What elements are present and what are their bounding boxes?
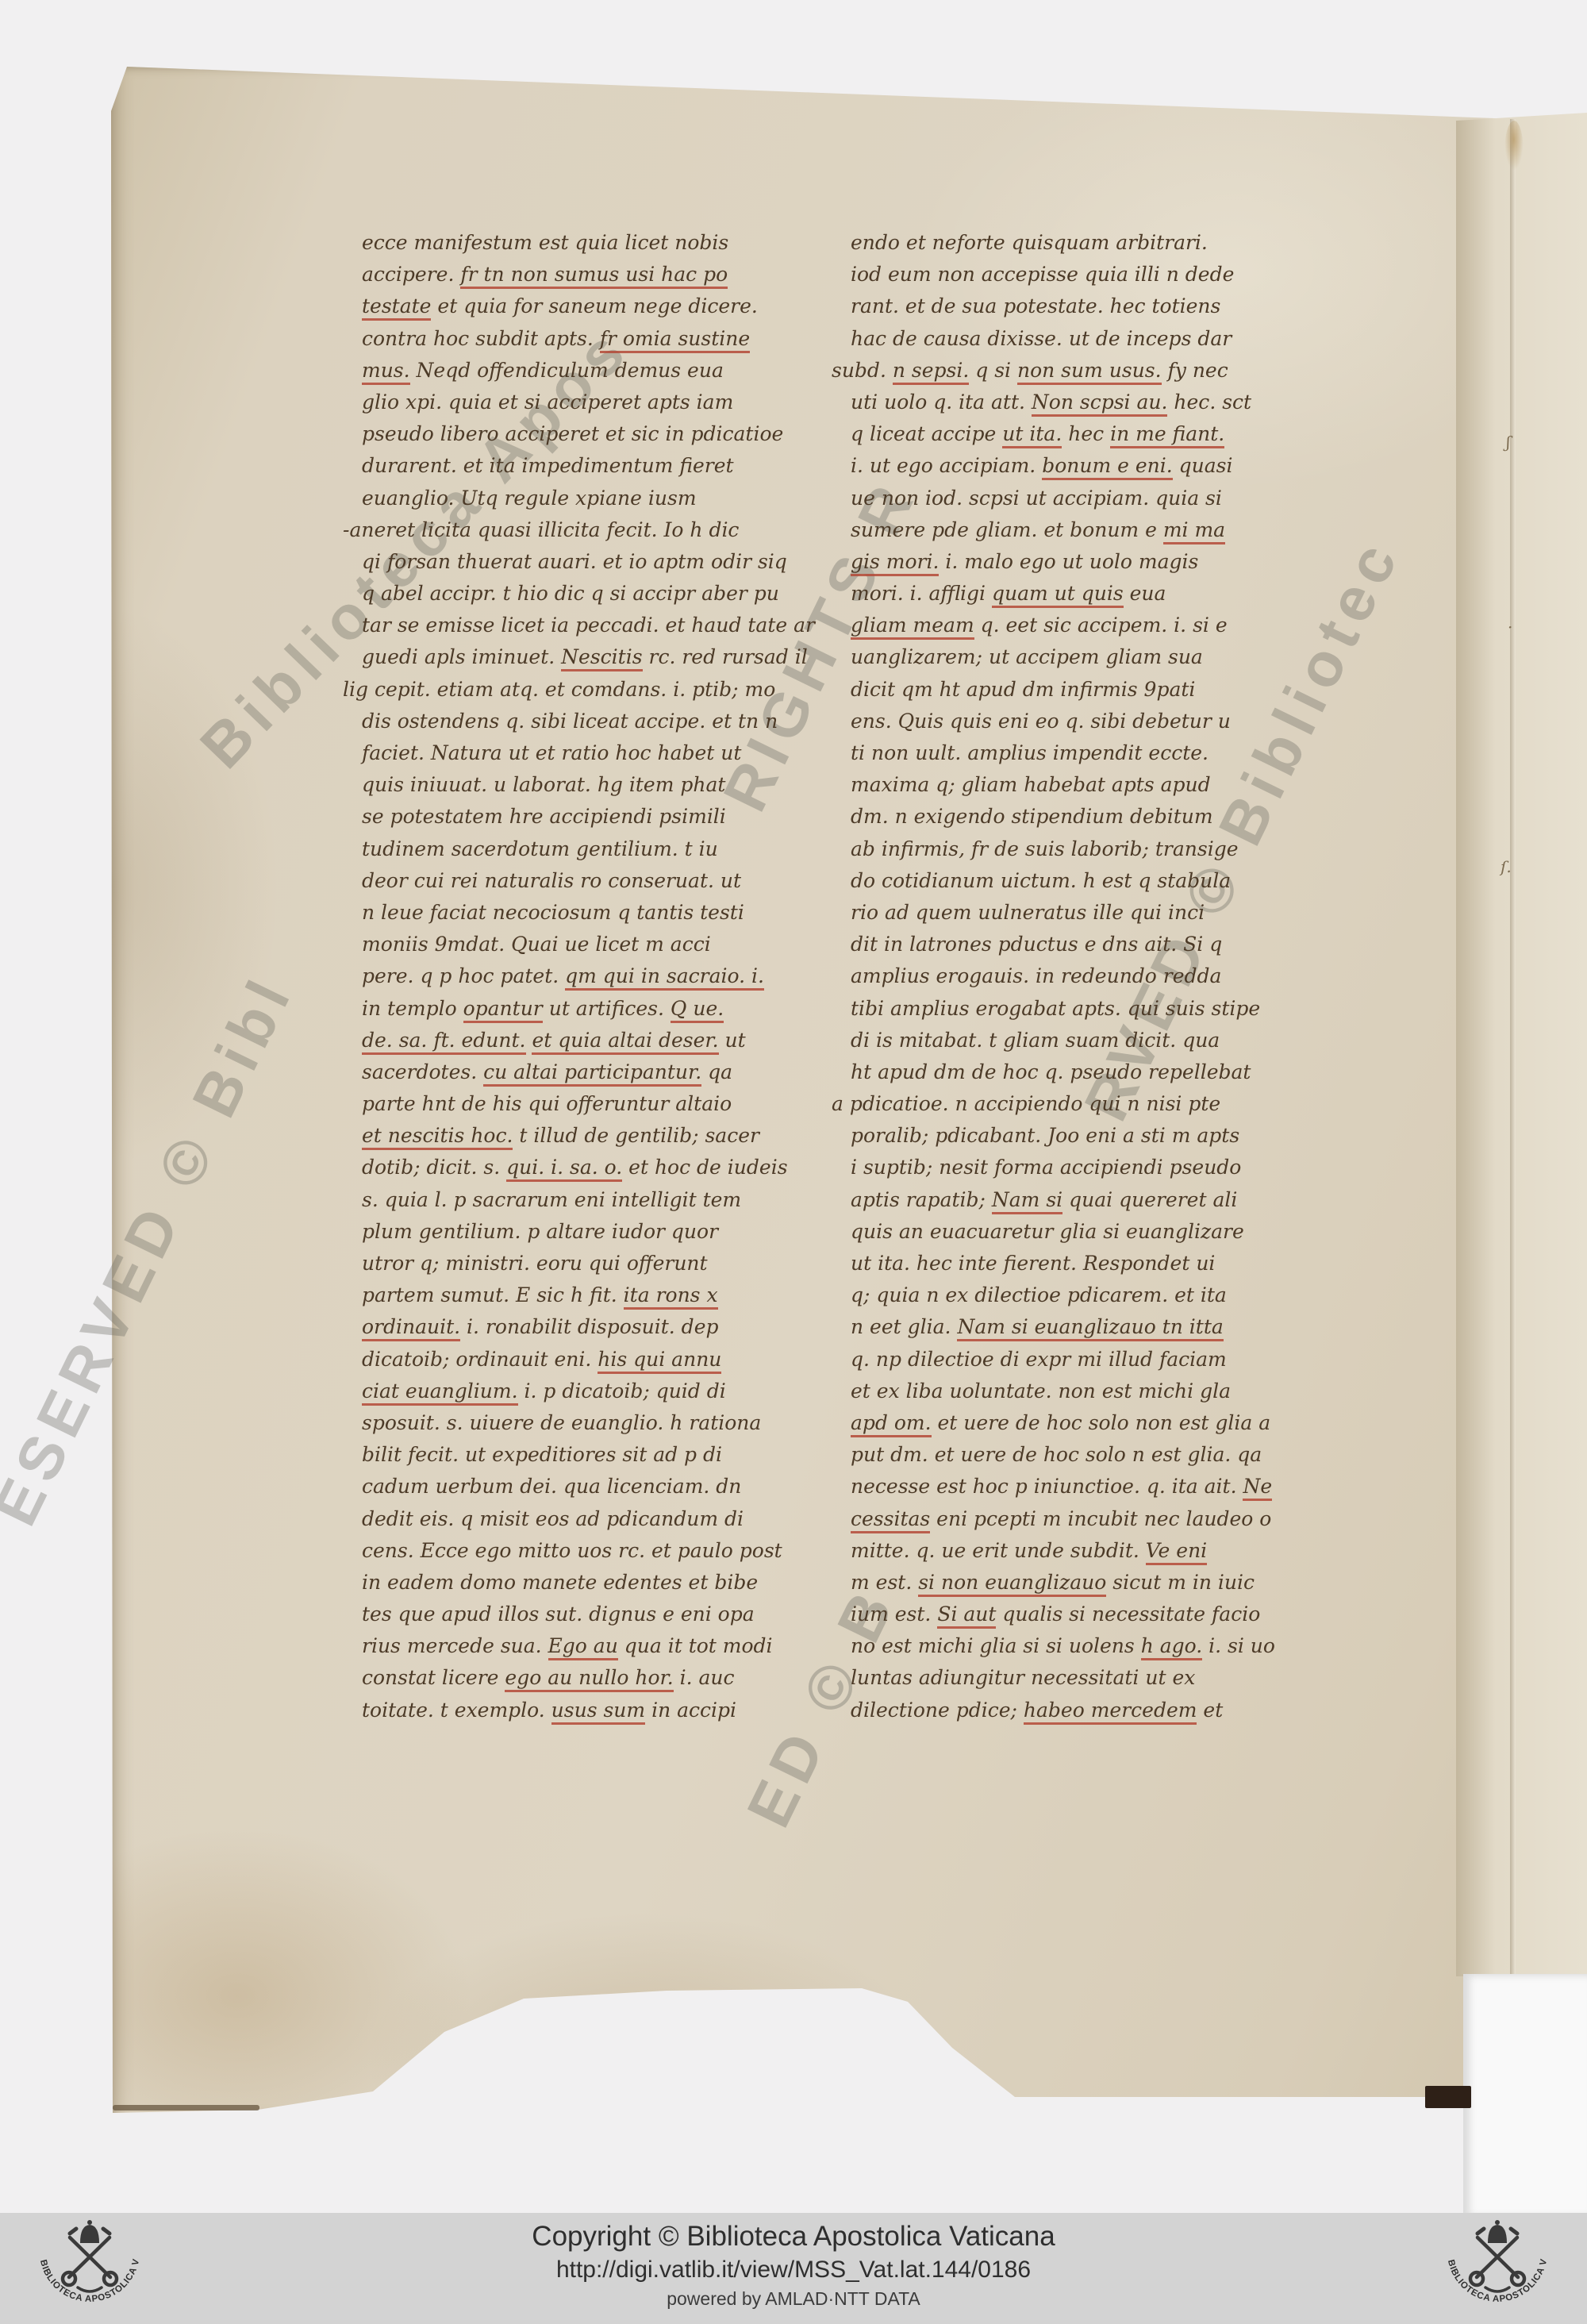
manuscript-text: et ex liba uoluntate. non est michi gla: [851, 1379, 1231, 1402]
manuscript-line: uti uolo q. ita att. Non scpsi au. hec. …: [851, 387, 1347, 418]
manuscript-text: ti non uult. amplius impendit eccte.: [851, 741, 1209, 764]
manuscript-text: ecce manifestum est quia licet nobis: [362, 231, 728, 254]
manuscript-text: sacerdotes.: [362, 1060, 483, 1083]
manuscript-text: i. malo ego ut uolo magis: [939, 550, 1198, 573]
manuscript-line: put dm. et uere de hoc solo n est glia. …: [851, 1439, 1347, 1471]
manuscript-line: q. np dilectioe di expr mi illud faciam: [851, 1344, 1347, 1376]
manuscript-text: mori. i. affligi: [851, 582, 992, 605]
marginal-mark: ·: [1508, 618, 1512, 637]
red-underlined-text: ita rons x: [624, 1283, 718, 1310]
manuscript-line: et nescitis hoc. t illud de gentilib; sa…: [362, 1120, 818, 1152]
manuscript-line: n eet glia. Nam si euanglizauo tn itta: [851, 1311, 1347, 1343]
manuscript-line: luntas adiungitur necessitati ut ex: [851, 1662, 1347, 1694]
manuscript-text: iod eum non accepisse quia illi n dede: [851, 263, 1234, 286]
manuscript-line: mus. Neqd offendiculum demus eua: [362, 355, 818, 387]
manuscript-line: dis ostendens q. sibi liceat accipe. et …: [362, 706, 818, 737]
page-edge-seam: [1510, 119, 1516, 2024]
manuscript-text: dotib; dicit. s.: [362, 1156, 506, 1179]
manuscript-line: di is mitabat. t gliam suam dicit. qua: [851, 1025, 1347, 1056]
manuscript-text: hec. sct: [1167, 391, 1251, 414]
manuscript-text: dm. n exigendo stipendium debitum: [851, 805, 1213, 828]
manuscript-text: rc. red rursad il: [643, 645, 808, 668]
manuscript-text: t illud de gentilib; sacer: [513, 1124, 759, 1147]
manuscript-text: rius mercede sua.: [362, 1634, 548, 1657]
manuscript-text: q liceat accipe: [851, 422, 1002, 445]
manuscript-line: sacerdotes. cu altai participantur. qa: [362, 1056, 818, 1088]
manuscript-line: euanglio. Utq regule xpiane iusm: [362, 483, 818, 514]
manuscript-text: -aneret licita quasi illicita fecit. Io …: [343, 518, 739, 541]
red-underlined-text: ciat euanglium.: [362, 1379, 518, 1406]
manuscript-line: n leue faciat necociosum q tantis testi: [362, 897, 818, 929]
manuscript-text: tes que apud illos sut. dignus e eni opa: [362, 1603, 755, 1626]
manuscript-text: ens. Quis quis eni eo q. sibi debetur u: [851, 710, 1231, 733]
manuscript-line: a pdicatioe. n accipiendo qui n nisi pte: [832, 1088, 1347, 1120]
manuscript-text: utror q; ministri. eoru qui offerunt: [362, 1252, 708, 1275]
manuscript-text: hac de causa dixisse. ut de inceps dar: [851, 327, 1232, 350]
manuscript-line: mori. i. affligi quam ut quis eua: [851, 578, 1347, 610]
red-underlined-text: ego au nullo hor.: [505, 1666, 673, 1692]
marginal-mark: ʃ: [1506, 433, 1510, 452]
manuscript-text: ium est.: [851, 1603, 937, 1626]
manuscript-line: qi forsan thuerat auari. et io aptm odir…: [362, 546, 818, 578]
manuscript-text: in accipi: [645, 1699, 736, 1722]
manuscript-text: subd.: [832, 359, 893, 382]
manuscript-text: contra hoc subdit apts.: [362, 327, 600, 350]
manuscript-text: et hoc de iudeis: [622, 1156, 787, 1179]
manuscript-text: quai quereret ali: [1062, 1188, 1237, 1211]
manuscript-text: euanglio. Utq regule xpiane iusm: [362, 487, 697, 510]
manuscript-text: dicatoib; ordinauit eni.: [362, 1348, 598, 1371]
manuscript-line: quis an euacuaretur glia si euanglizare: [851, 1216, 1347, 1248]
manuscript-text: sposuit. s. uiuere de euanglio. h ration…: [362, 1411, 761, 1434]
manuscript-line: hac de causa dixisse. ut de inceps dar: [851, 323, 1347, 355]
manuscript-text: bilit fecit. ut expeditiores sit ad p di: [362, 1443, 722, 1466]
manuscript-text: parte hnt de his qui offeruntur altaio: [362, 1092, 732, 1115]
manuscript-text: q si: [969, 359, 1017, 382]
manuscript-text: i. auc: [674, 1666, 735, 1689]
manuscript-text: dedit eis. q misit eos ad pdicandum di: [362, 1507, 744, 1530]
manuscript-line: cessitas eni pcepti m incubit nec laudeo…: [851, 1503, 1347, 1535]
manuscript-line: in eadem domo manete edentes et bibe: [362, 1567, 818, 1599]
manuscript-text: Neqd offendiculum demus eua: [410, 359, 724, 382]
red-underlined-text: mi ma: [1163, 518, 1225, 544]
manuscript-line: de. sa. ft. edunt. et quia altai deser. …: [362, 1025, 818, 1056]
manuscript-line: parte hnt de his qui offeruntur altaio: [362, 1088, 818, 1120]
manuscript-line: quis iniuuat. u laborat. hg item phat: [362, 769, 818, 801]
manuscript-line: pere. q p hoc patet. qm qui in sacraio. …: [362, 960, 818, 992]
red-underlined-text: Ego au: [548, 1634, 618, 1660]
manuscript-line: ut ita. hec inte fierent. Respondet ui: [851, 1248, 1347, 1279]
manuscript-text: m est.: [851, 1571, 918, 1594]
manuscript-line: cadum uerbum dei. qua licenciam. dn: [362, 1471, 818, 1503]
manuscript-text: pseudo libero acciperet et sic in pdicat…: [362, 422, 783, 445]
manuscript-text: uanglizarem; ut accipem gliam sua: [851, 645, 1203, 668]
manuscript-line: dit in latrones pductus e dns ait. Si q: [851, 929, 1347, 960]
manuscript-line: tar se emisse licet ia peccadi. et haud …: [362, 610, 818, 641]
manuscript-text: deor cui rei naturalis ro conseruat. ut: [362, 869, 741, 892]
manuscript-text: durarent. et ita impedimentum fieret: [362, 454, 734, 477]
manuscript-text: poralib; pdicabant. Joo eni a sti m apts: [851, 1124, 1239, 1147]
manuscript-text: et: [1197, 1699, 1223, 1722]
manuscript-text: i suptib; nesit forma accipiendi pseudo: [851, 1156, 1241, 1179]
manuscript-text: i. p dicatoib; quid di: [518, 1379, 726, 1402]
vatican-library-logo-left: BIBLIOTECA APOSTOLICA VATICANA: [30, 2214, 149, 2324]
manuscript-text: rio ad quem uulneratus ille qui inci: [851, 901, 1205, 924]
manuscript-text: mitte. q. ue erit unde subdit.: [851, 1539, 1146, 1562]
manuscript-line: m est. si non euanglizauo sicut m in iui…: [851, 1567, 1347, 1599]
marginal-mark: ſ.: [1501, 857, 1512, 876]
manuscript-line: moniis 9mdat. Quai ue licet m acci: [362, 929, 818, 960]
manuscript-text: et quia for saneum nege dicere.: [431, 294, 757, 317]
manuscript-line: apd om. et uere de hoc solo non est glia…: [851, 1407, 1347, 1439]
manuscript-line: rius mercede sua. Ego au qua it tot modi: [362, 1630, 818, 1662]
manuscript-line: ecce manifestum est quia licet nobis: [362, 227, 818, 259]
manuscript-line: sumere pde gliam. et bonum e mi ma: [851, 514, 1347, 546]
manuscript-line: i. ut ego accipiam. bonum e eni. quasi: [851, 450, 1347, 482]
footer-copyright: Copyright © Biblioteca Apostolica Vatica…: [0, 2219, 1587, 2254]
manuscript-text: qualis si necessitate facio: [996, 1603, 1260, 1626]
red-underlined-text: bonum e eni.: [1042, 454, 1173, 480]
vatican-emblem-icon: [1470, 2220, 1524, 2291]
manuscript-line: s. quia l. p sacrarum eni intelligit tem: [362, 1184, 818, 1216]
manuscript-text: quis an euacuaretur glia si euanglizare: [851, 1220, 1244, 1243]
manuscript-text: dit in latrones pductus e dns ait. Si q: [851, 933, 1222, 956]
manuscript-text: n leue faciat necociosum q tantis testi: [362, 901, 744, 924]
manuscript-line: uanglizarem; ut accipem gliam sua: [851, 641, 1347, 673]
red-underlined-text: si non euanglizauo: [918, 1571, 1106, 1597]
red-underlined-text: et quia altai deser.: [532, 1029, 718, 1055]
manuscript-text: sicut m in iuic: [1106, 1571, 1255, 1594]
manuscript-line: dm. n exigendo stipendium debitum: [851, 801, 1347, 833]
manuscript-text: lig cepit. etiam atq. et comdans. i. pti…: [343, 678, 775, 701]
red-underlined-text: cessitas: [851, 1507, 930, 1533]
manuscript-line: dedit eis. q misit eos ad pdicandum di: [362, 1503, 818, 1535]
red-underlined-text: qui. i. sa. o.: [506, 1156, 622, 1182]
manuscript-line: q; quia n ex dilectioe pdicarem. et ita: [851, 1279, 1347, 1311]
manuscript-line: cens. Ecce ego mitto uos rc. et paulo po…: [362, 1535, 818, 1567]
manuscript-text: cens. Ecce ego mitto uos rc. et paulo po…: [362, 1539, 782, 1562]
manuscript-text: necesse est hoc p iniunctioe. q. ita ait…: [851, 1475, 1243, 1498]
red-underlined-text: his qui annu: [598, 1348, 721, 1374]
manuscript-text: guedi apls iminuet.: [362, 645, 561, 668]
manuscript-line: pseudo libero acciperet et sic in pdicat…: [362, 418, 818, 450]
red-underlined-text: Ve eni: [1146, 1539, 1207, 1565]
manuscript-text: tar se emisse licet ia peccadi. et haud …: [362, 614, 815, 637]
manuscript-line: bilit fecit. ut expeditiores sit ad p di: [362, 1439, 818, 1471]
red-underlined-text: et nescitis hoc.: [362, 1124, 513, 1150]
red-underlined-text: testate: [362, 294, 431, 321]
manuscript-text: qi forsan thuerat auari. et io aptm odir…: [362, 550, 787, 573]
manuscript-line: glio xpi. quia et si acciperet apts iam: [362, 387, 818, 418]
manuscript-text: quasi: [1173, 454, 1233, 477]
manuscript-text: q. eet sic accipem. i. si e: [974, 614, 1228, 637]
manuscript-text: constat licere: [362, 1666, 505, 1689]
manuscript-text: ab infirmis, fr de suis laborib; transig…: [851, 837, 1239, 860]
manuscript-line: iod eum non accepisse quia illi n dede: [851, 259, 1347, 290]
manuscript-line: subd. n sepsi. q si non sum usus. fy nec: [832, 355, 1347, 387]
manuscript-line: toitate. t exemplo. usus sum in accipi: [362, 1695, 818, 1726]
manuscript-line: maxima q; gliam habebat apts apud: [851, 769, 1347, 801]
red-underlined-text: n sepsi.: [893, 359, 969, 385]
manuscript-text: do cotidianum uictum. h est q stabula: [851, 869, 1231, 892]
manuscript-line: plum gentilium. p altare iudor quor: [362, 1216, 818, 1248]
red-underlined-text: non sum usus.: [1017, 359, 1162, 385]
manuscript-line: dicit qm ht apud dm infirmis 9pati: [851, 674, 1347, 706]
manuscript-column-left: ecce manifestum est quia licet nobisacci…: [362, 227, 818, 1726]
footer-url: http://digi.vatlib.it/view/MSS_Vat.lat.1…: [0, 2254, 1587, 2286]
manuscript-line: rant. et de sua potestate. hec totiens: [851, 290, 1347, 322]
manuscript-text: i. ronabilit disposuit. dep: [460, 1315, 718, 1338]
manuscript-line: ti non uult. amplius impendit eccte.: [851, 737, 1347, 769]
manuscript-line: contra hoc subdit apts. fr omia sustine: [362, 323, 818, 355]
manuscript-text: fy nec: [1162, 359, 1228, 382]
manuscript-text: dicit qm ht apud dm infirmis 9pati: [851, 678, 1195, 701]
manuscript-text: uti uolo q. ita att.: [851, 391, 1032, 414]
manuscript-text: qa: [701, 1060, 732, 1083]
manuscript-text: no est michi glia si si uolens: [851, 1634, 1141, 1657]
manuscript-text: q; quia n ex dilectioe pdicarem. et ita: [851, 1283, 1227, 1306]
red-underlined-text: fr omia sustine: [600, 327, 750, 353]
flyleaf-edge: [1463, 1974, 1587, 2214]
manuscript-line: ordinauit. i. ronabilit disposuit. dep: [362, 1311, 818, 1343]
manuscript-text: eua: [1124, 582, 1166, 605]
manuscript-line: no est michi glia si si uolens h ago. i.…: [851, 1630, 1347, 1662]
manuscript-text: n eet glia.: [851, 1315, 957, 1338]
manuscript-text: hec: [1062, 422, 1110, 445]
manuscript-line: ens. Quis quis eni eo q. sibi debetur u: [851, 706, 1347, 737]
manuscript-text: glio xpi. quia et si acciperet apts iam: [362, 391, 733, 414]
manuscript-text: plum gentilium. p altare iudor quor: [362, 1220, 718, 1243]
manuscript-text: quis iniuuat. u laborat. hg item phat: [362, 773, 725, 796]
manuscript-text: i. si uo: [1202, 1634, 1275, 1657]
manuscript-text: partem sumut. E sic h fit.: [362, 1283, 624, 1306]
manuscript-text: q. np dilectioe di expr mi illud faciam: [851, 1348, 1227, 1371]
manuscript-text: in templo: [362, 997, 463, 1020]
manuscript-line: -aneret licita quasi illicita fecit. Io …: [343, 514, 818, 546]
manuscript-line: lig cepit. etiam atq. et comdans. i. pti…: [343, 674, 818, 706]
red-underlined-text: Nescitis: [561, 645, 642, 671]
manuscript-text: endo et neforte quisquam arbitrari.: [851, 231, 1208, 254]
manuscript-line: utror q; ministri. eoru qui offerunt: [362, 1248, 818, 1279]
manuscript-line: i suptib; nesit forma accipiendi pseudo: [851, 1152, 1347, 1183]
manuscript-column-right: endo et neforte quisquam arbitrari.iod e…: [851, 227, 1347, 1726]
red-underlined-text: apd om.: [851, 1411, 932, 1437]
manuscript-text: maxima q; gliam habebat apts apud: [851, 773, 1211, 796]
red-underlined-text: fr tn non sumus usi hac po: [460, 263, 728, 289]
manuscript-text: di is mitabat. t gliam suam dicit. qua: [851, 1029, 1220, 1052]
manuscript-line: tudinem sacerdotum gentilium. t iu: [362, 833, 818, 865]
manuscript-line: in templo opantur ut artifices. Q ue.: [362, 993, 818, 1025]
red-underlined-text: Q ue.: [671, 997, 724, 1023]
manuscript-line: sposuit. s. uiuere de euanglio. h ration…: [362, 1407, 818, 1439]
manuscript-text: eni pcepti m incubit nec laudeo o: [930, 1507, 1271, 1530]
digitized-manuscript-scan: { "manuscript": { "columns": [ {"lines":…: [0, 0, 1587, 2324]
manuscript-text: in eadem domo manete edentes et bibe: [362, 1571, 758, 1594]
footer-text-block: Copyright © Biblioteca Apostolica Vatica…: [0, 2219, 1587, 2311]
manuscript-text: dis ostendens q. sibi liceat accipe. et …: [362, 710, 778, 733]
manuscript-text: luntas adiungitur necessitati ut ex: [851, 1666, 1195, 1689]
manuscript-text: tudinem sacerdotum gentilium. t iu: [362, 837, 718, 860]
red-underlined-text: ordinauit.: [362, 1315, 460, 1341]
page-bottom-edge-shadow: [113, 2105, 259, 2110]
manuscript-text: toitate. t exemplo.: [362, 1699, 551, 1722]
manuscript-line: q abel accipr. t hio dic q si accipr abe…: [362, 578, 818, 610]
manuscript-line: ciat euanglium. i. p dicatoib; quid di: [362, 1376, 818, 1407]
red-underlined-text: cu altai participantur.: [483, 1060, 701, 1087]
manuscript-text: moniis 9mdat. Quai ue licet m acci: [362, 933, 711, 956]
manuscript-text: amplius erogauis. in redeundo redda: [851, 964, 1221, 987]
red-underlined-text: gliam meam: [851, 614, 974, 640]
vatican-library-logo-right: BIBLIOTECA APOSTOLICA VATICANA: [1438, 2214, 1557, 2324]
manuscript-text: accipere.: [362, 263, 460, 286]
red-underlined-text: Nam si euanglizauo tn itta: [957, 1315, 1223, 1341]
manuscript-text: se potestatem hre accipiendi psimili: [362, 805, 726, 828]
manuscript-text: q abel accipr. t hio dic q si accipr abe…: [362, 582, 779, 605]
manuscript-text: ut: [719, 1029, 746, 1052]
manuscript-line: et ex liba uoluntate. non est michi gla: [851, 1376, 1347, 1407]
manuscript-line: gis mori. i. malo ego ut uolo magis: [851, 546, 1347, 578]
manuscript-line: amplius erogauis. in redeundo redda: [851, 960, 1347, 992]
red-underlined-text: Non scpsi au.: [1032, 391, 1168, 417]
manuscript-line: dicatoib; ordinauit eni. his qui annu: [362, 1344, 818, 1376]
manuscript-text: faciet. Natura ut et ratio hoc habet ut: [362, 741, 741, 764]
red-underlined-text: quam ut quis: [992, 582, 1124, 608]
manuscript-line: deor cui rei naturalis ro conseruat. ut: [362, 865, 818, 897]
manuscript-text: ue non iod. scpsi ut accipiam. quia si: [851, 487, 1222, 510]
red-underlined-text: opantur: [463, 997, 543, 1023]
manuscript-text: dilectione pdice;: [851, 1699, 1024, 1722]
vatican-emblem-icon: [63, 2220, 117, 2291]
manuscript-line: partem sumut. E sic h fit. ita rons x: [362, 1279, 818, 1311]
manuscript-line: ue non iod. scpsi ut accipiam. quia si: [851, 483, 1347, 514]
manuscript-line: aptis rapatib; Nam si quai quereret ali: [851, 1184, 1347, 1216]
manuscript-line: tes que apud illos sut. dignus e eni opa: [362, 1599, 818, 1630]
manuscript-line: accipere. fr tn non sumus usi hac po: [362, 259, 818, 290]
manuscript-line: poralib; pdicabant. Joo eni a sti m apts: [851, 1120, 1347, 1152]
manuscript-text: i. ut ego accipiam.: [851, 454, 1042, 477]
manuscript-line: faciet. Natura ut et ratio hoc habet ut: [362, 737, 818, 769]
red-underlined-text: in me fiant.: [1110, 422, 1224, 448]
manuscript-line: ab infirmis, fr de suis laborib; transig…: [851, 833, 1347, 865]
next-leaf-edge: [1456, 94, 1587, 1976]
manuscript-text: et uere de hoc solo non est glia a: [932, 1411, 1271, 1434]
manuscript-text: s. quia l. p sacrarum eni intelligit tem: [362, 1188, 741, 1211]
manuscript-text: put dm. et uere de hoc solo n est glia. …: [851, 1443, 1262, 1466]
manuscript-line: dilectione pdice; habeo mercedem et: [851, 1695, 1347, 1726]
manuscript-line: tibi amplius erogabat apts. qui suis sti…: [851, 993, 1347, 1025]
manuscript-text: cadum uerbum dei. qua licenciam. dn: [362, 1475, 741, 1498]
manuscript-text: qua it tot modi: [618, 1634, 773, 1657]
manuscript-line: dotib; dicit. s. qui. i. sa. o. et hoc d…: [362, 1152, 818, 1183]
manuscript-text: rant. et de sua potestate. hec totiens: [851, 294, 1220, 317]
red-underlined-text: de. sa. ft. edunt.: [362, 1029, 526, 1055]
red-underlined-text: mus.: [362, 359, 410, 385]
red-underlined-text: h ago.: [1141, 1634, 1203, 1660]
manuscript-line: mitte. q. ue erit unde subdit. Ve eni: [851, 1535, 1347, 1567]
manuscript-line: se potestatem hre accipiendi psimili: [362, 801, 818, 833]
manuscript-text: pere. q p hoc patet.: [362, 964, 565, 987]
manuscript-line: ium est. Si aut qualis si necessitate fa…: [851, 1599, 1347, 1630]
manuscript-line: do cotidianum uictum. h est q stabula: [851, 865, 1347, 897]
manuscript-text: ut ita. hec inte fierent. Respondet ui: [851, 1252, 1215, 1275]
manuscript-line: endo et neforte quisquam arbitrari.: [851, 227, 1347, 259]
parchment-stain: [1504, 121, 1524, 183]
manuscript-text: ut artifices.: [543, 997, 671, 1020]
manuscript-line: q liceat accipe ut ita. hec in me fiant.: [851, 418, 1347, 450]
manuscript-line: guedi apls iminuet. Nescitis rc. red rur…: [362, 641, 818, 673]
red-underlined-text: gis mori.: [851, 550, 939, 576]
binding-gap-mark: [1425, 2086, 1471, 2108]
manuscript-line: ht apud dm de hoc q. pseudo repellebat: [851, 1056, 1347, 1088]
red-underlined-text: qm qui in sacraio. i.: [565, 964, 764, 991]
manuscript-text: sumere pde gliam. et bonum e: [851, 518, 1163, 541]
manuscript-line: testate et quia for saneum nege dicere.: [362, 290, 818, 322]
manuscript-line: necesse est hoc p iniunctioe. q. ita ait…: [851, 1471, 1347, 1503]
manuscript-line: constat licere ego au nullo hor. i. auc: [362, 1662, 818, 1694]
manuscript-text: tibi amplius erogabat apts. qui suis sti…: [851, 997, 1260, 1020]
manuscript-text: a pdicatioe. n accipiendo qui n nisi pte: [832, 1092, 1220, 1115]
footer-powered-by: powered by AMLAD·NTT DATA: [0, 2286, 1587, 2311]
red-underlined-text: Si aut: [937, 1603, 996, 1629]
manuscript-text: ht apud dm de hoc q. pseudo repellebat: [851, 1060, 1251, 1083]
red-underlined-text: habeo mercedem: [1024, 1699, 1197, 1725]
red-underlined-text: ut ita.: [1002, 422, 1062, 448]
manuscript-line: gliam meam q. eet sic accipem. i. si e: [851, 610, 1347, 641]
red-underlined-text: Ne: [1243, 1475, 1272, 1501]
red-underlined-text: Nam si: [992, 1188, 1062, 1214]
manuscript-line: rio ad quem uulneratus ille qui inci: [851, 897, 1347, 929]
red-underlined-text: usus sum: [551, 1699, 645, 1725]
manuscript-text: aptis rapatib;: [851, 1188, 992, 1211]
manuscript-line: durarent. et ita impedimentum fieret: [362, 450, 818, 482]
